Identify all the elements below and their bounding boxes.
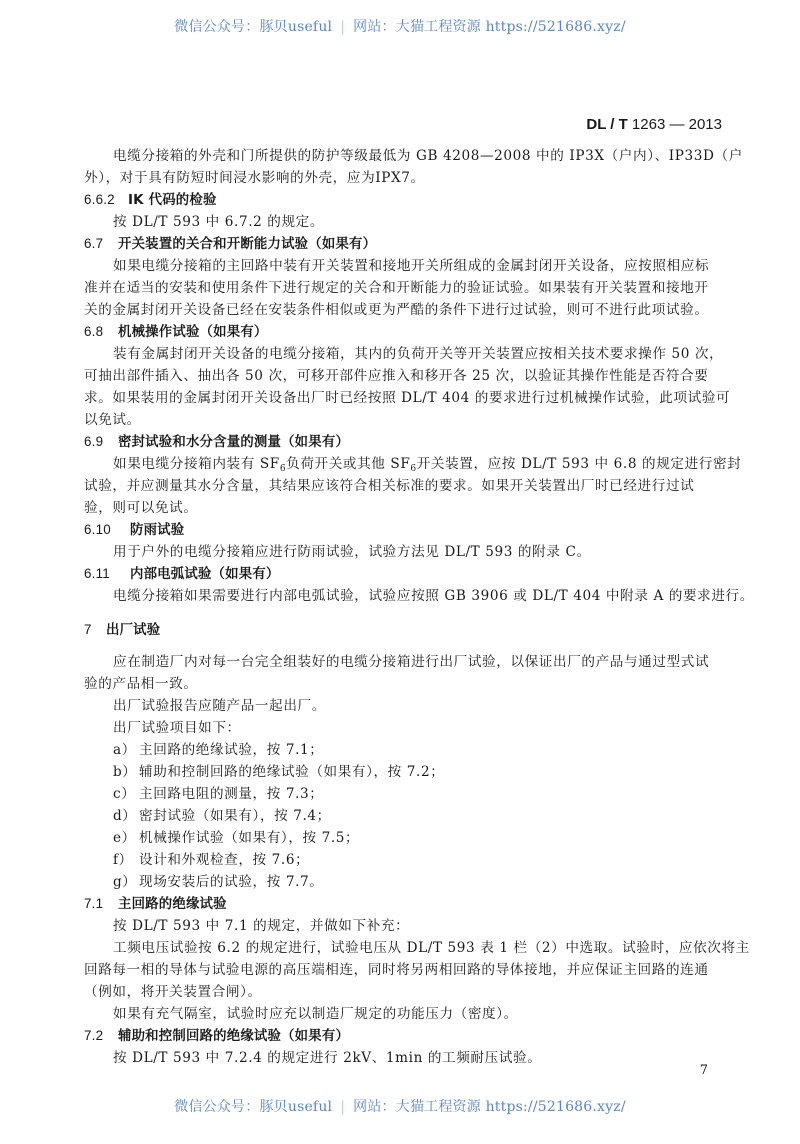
- document-body: 电缆分接箱的外壳和门所提供的防护等级最低为 GB 4208—2008 中的 IP…: [84, 145, 724, 1069]
- section-heading-6-7: 6.7开关装置的关合和开断能力试验（如果有）: [84, 233, 724, 255]
- watermark-top: 微信公众号：豚贝useful|网站：大猫工程资源 https://521686.…: [0, 16, 800, 36]
- paragraph: 外），对于具有防短时间浸水影响的外壳，应为IPX7。: [84, 167, 724, 189]
- paragraph: 出厂试验项目如下：: [84, 717, 724, 739]
- section-heading-6-9: 6.9密封试验和水分含量的测量（如果有）: [84, 431, 724, 453]
- paragraph: 可抽出部件插入、抽出各 50 次，可移开部件应推入和移开各 25 次，以验证其操…: [84, 365, 724, 387]
- list-item: g）现场安装后的试验，按 7.7。: [84, 871, 724, 893]
- watermark-bottom: 微信公众号：豚贝useful|网站：大猫工程资源 https://521686.…: [0, 1096, 800, 1116]
- paragraph: 电缆分接箱如果需要进行内部电弧试验，试验应按照 GB 3906 或 DL/T 4…: [84, 585, 724, 607]
- paragraph: 如果电缆分接箱的主回路中装有开关装置和接地开关所组成的金属封闭开关设备，应按照相…: [84, 255, 724, 277]
- watermark-separator: |: [340, 19, 345, 35]
- page-number: 7: [700, 1063, 708, 1078]
- paragraph: 应在制造厂内对每一台完全组装好的电缆分接箱进行出厂试验，以保证出厂的产品与通过型…: [84, 651, 724, 673]
- paragraph: 验的产品相一致。: [84, 673, 724, 695]
- list-item: c）主回路电阻的测量，按 7.3；: [84, 783, 724, 805]
- paragraph: 回路每一相的导体与试验电源的高压端相连，同时将另两相回路的导体接地，并应保证主回…: [84, 959, 724, 981]
- watermark-wechat: 微信公众号：豚贝useful: [174, 19, 332, 35]
- section-heading-6-8: 6.8机械操作试验（如果有）: [84, 321, 724, 343]
- watermark-wechat: 微信公众号：豚贝useful: [174, 1099, 332, 1115]
- paragraph: 验，则可以免试。: [84, 497, 724, 519]
- chapter-heading-7: 7出厂试验: [84, 619, 724, 641]
- paragraph: 装有金属封闭开关设备的电缆分接箱，其内的负荷开关等开关装置应按相关技术要求操作 …: [84, 343, 724, 365]
- paragraph: 如果电缆分接箱内装有 SF6负荷开关或其他 SF6开关装置，应按 DL/T 59…: [84, 453, 724, 475]
- paragraph: 电缆分接箱的外壳和门所提供的防护等级最低为 GB 4208—2008 中的 IP…: [84, 145, 724, 167]
- section-heading-7-1: 7.1主回路的绝缘试验: [84, 893, 724, 915]
- paragraph: 用于户外的电缆分接箱应进行防雨试验，试验方法见 DL/T 593 的附录 C。: [84, 541, 724, 563]
- paragraph: 试验，并应测量其水分含量，其结果应该符合相关标准的要求。如果开关装置出厂时已经进…: [84, 475, 724, 497]
- section-heading-7-2: 7.2辅助和控制回路的绝缘试验（如果有）: [84, 1025, 724, 1047]
- section-heading-6-10: 6.10防雨试验: [84, 519, 724, 541]
- section-heading-6-11: 6.11内部电弧试验（如果有）: [84, 563, 724, 585]
- list-item: e）机械操作试验（如果有），按 7.5；: [84, 827, 724, 849]
- standard-code: DL / T 1263 — 2013: [586, 116, 722, 133]
- watermark-website: 网站：大猫工程资源 https://521686.xyz/: [353, 19, 626, 35]
- paragraph: 关的金属封闭开关设备已经在安装条件相似或更为严酷的条件下进行过试验，则可不进行此…: [84, 299, 724, 321]
- list-item: b）辅助和控制回路的绝缘试验（如果有），按 7.2；: [84, 761, 724, 783]
- paragraph: 按 DL/T 593 中 7.2.4 的规定进行 2kV、1min 的工频耐压试…: [84, 1047, 724, 1069]
- watermark-website: 网站：大猫工程资源 https://521686.xyz/: [353, 1099, 626, 1115]
- paragraph: 出厂试验报告应随产品一起出厂。: [84, 695, 724, 717]
- list-item: f）设计和外观检查，按 7.6；: [84, 849, 724, 871]
- section-heading-6-6-2: 6.6.2IK 代码的检验: [84, 189, 724, 211]
- paragraph: 按 DL/T 593 中 7.1 的规定，并做如下补充：: [84, 915, 724, 937]
- paragraph: （例如，将开关装置合闸）。: [84, 981, 724, 1003]
- paragraph: 准并在适当的安装和使用条件下进行规定的关合和开断能力的验证试验。如果装有开关装置…: [84, 277, 724, 299]
- watermark-separator: |: [340, 1099, 345, 1115]
- paragraph: 求。如果装用的金属封闭开关设备出厂时已经按照 DL/T 404 的要求进行过机械…: [84, 387, 724, 409]
- paragraph: 如果有充气隔室，试验时应充以制造厂规定的功能压力（密度）。: [84, 1003, 724, 1025]
- paragraph: 工频电压试验按 6.2 的规定进行，试验电压从 DL/T 593 表 1 栏（2…: [84, 937, 724, 959]
- paragraph: 按 DL/T 593 中 6.7.2 的规定。: [84, 211, 724, 233]
- list-item: d）密封试验（如果有），按 7.4；: [84, 805, 724, 827]
- paragraph: 以免试。: [84, 409, 724, 431]
- list-item: a）主回路的绝缘试验，按 7.1；: [84, 739, 724, 761]
